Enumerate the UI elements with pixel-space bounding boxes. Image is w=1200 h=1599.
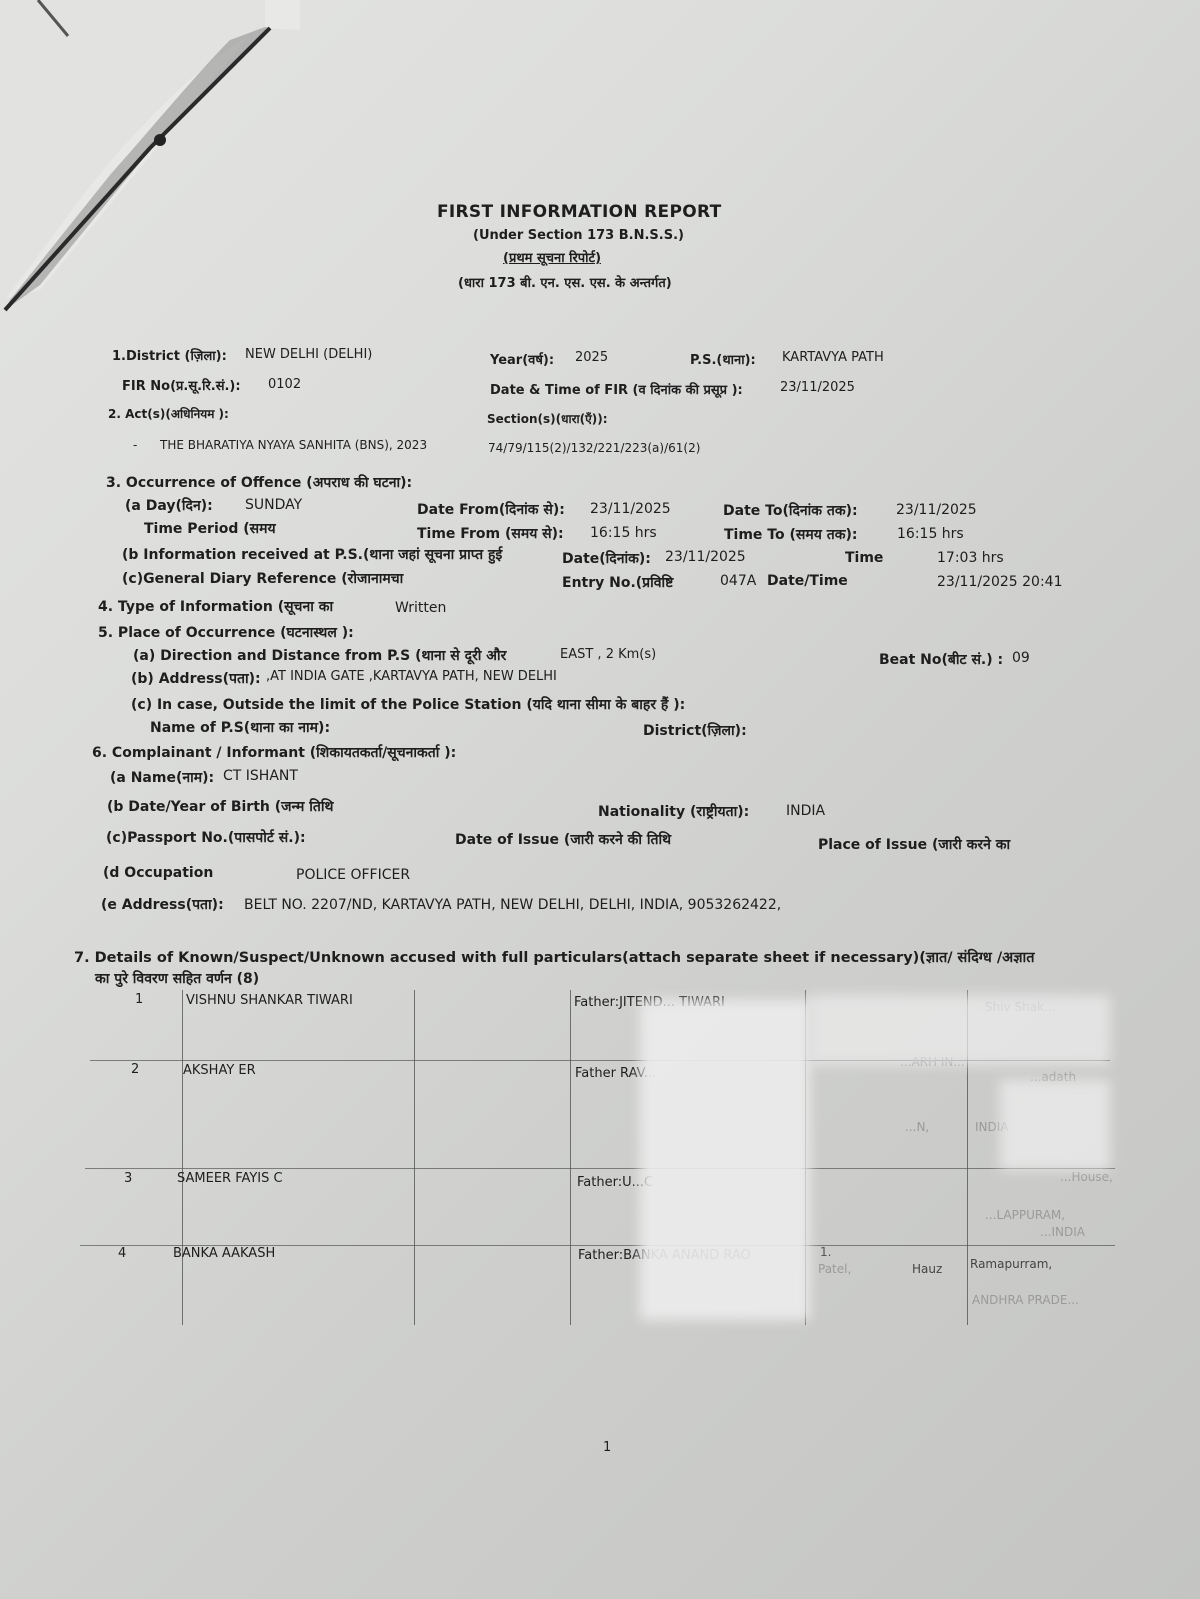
beat-value: 09	[1012, 650, 1030, 666]
fir-no-label: FIR No(प्र.सू.रि.सं.):	[122, 376, 241, 394]
accused-sno: 1	[135, 992, 143, 1007]
address-fragment: ANDHRA PRADE...	[972, 1293, 1079, 1307]
nationality-value: INDIA	[786, 803, 825, 819]
nationality-label: Nationality (राष्ट्रीयता):	[598, 802, 749, 821]
district-label: 1.District (ज़िला):	[112, 346, 227, 364]
accused-sno: 2	[131, 1062, 139, 1077]
year-value: 2025	[575, 350, 608, 365]
dob-label: (b Date/Year of Birth (जन्म तिथि	[107, 797, 333, 816]
document-subtitle: (Under Section 173 B.N.S.S.)	[473, 228, 684, 243]
issue-date-label: Date of Issue (जारी करने की तिथि	[455, 830, 671, 849]
direction-label: (a) Direction and Distance from P.S (थान…	[133, 646, 506, 665]
info-time-label: Time	[845, 550, 883, 566]
year-label: Year(वर्ष):	[490, 350, 554, 368]
date-from-label: Date From(दिनांक से):	[417, 500, 565, 519]
outside-district-label: District(ज़िला):	[643, 721, 747, 740]
occupation-value: POLICE OFFICER	[296, 867, 410, 883]
address-fragment: 1.	[820, 1245, 831, 1259]
redacted-region	[640, 1000, 810, 1320]
accused-name: VISHNU SHANKAR TIWARI	[186, 993, 353, 1008]
outside-limit-label: (c) In case, Outside the limit of the Po…	[131, 695, 685, 714]
redacted-region	[810, 995, 1110, 1065]
info-time-value: 17:03 hrs	[937, 550, 1004, 566]
complainant-address-value: BELT NO. 2207/ND, KARTAVYA PATH, NEW DEL…	[244, 897, 781, 913]
accused-heading-line1: 7. Details of Known/Suspect/Unknown accu…	[74, 947, 1035, 967]
accused-name: BANKA AAKASH	[173, 1246, 275, 1261]
document-hindi-title: (प्रथम सूचना रिपोर्ट)	[503, 248, 601, 266]
accused-sno: 4	[118, 1246, 126, 1261]
info-type-value: Written	[395, 600, 446, 616]
outside-ps-name-label: Name of P.S(थाना का नाम):	[150, 718, 330, 737]
time-to-label: Time To (समय तक):	[724, 525, 857, 544]
address-fragment: ...House,	[1060, 1170, 1113, 1184]
sections-label: Section(s)(धारा(एँ)):	[487, 410, 608, 427]
accused-name: SAMEER FAYIS C	[177, 1171, 283, 1186]
time-to-value: 16:15 hrs	[897, 526, 964, 542]
entry-no-value: 047A	[720, 573, 756, 589]
info-date-value: 23/11/2025	[665, 549, 746, 565]
document-title: FIRST INFORMATION REPORT	[437, 202, 722, 222]
complainant-name-label: (a Name(नाम):	[110, 768, 214, 787]
accused-heading-line2: का पुरे विवरण सहित वर्णन (8)	[95, 969, 259, 988]
passport-label: (c)Passport No.(पासपोर्ट सं.):	[106, 828, 306, 847]
act-bullet: -	[133, 438, 137, 452]
time-period-label: Time Period (समय	[144, 519, 276, 538]
occurrence-heading: 3. Occurrence of Offence (अपराध की घटना)…	[106, 473, 412, 492]
fir-datetime-label: Date & Time of FIR (व दिनांक की प्रसूप्र…	[490, 380, 743, 398]
time-from-value: 16:15 hrs	[590, 525, 657, 541]
sections-value: 74/79/115(2)/132/221/223(a)/61(2)	[488, 441, 700, 455]
address-fragment: ...INDIA	[1040, 1225, 1085, 1239]
address-fragment: ...N,	[905, 1120, 929, 1134]
info-received-label: (b Information received at P.S.(थाना जहा…	[122, 545, 502, 564]
entry-no-label: Entry No.(प्रविष्टि	[562, 573, 673, 592]
complainant-address-label: (e Address(पता):	[101, 895, 224, 914]
address-fragment: ...LAPPURAM,	[985, 1208, 1065, 1222]
torn-page-corner	[0, 0, 300, 330]
gd-datetime-label: Date/Time	[767, 573, 848, 589]
page-number: 1	[603, 1440, 611, 1455]
occupation-label: (d Occupation	[103, 865, 213, 881]
ps-value: KARTAVYA PATH	[782, 350, 884, 365]
beat-label: Beat No(बीट सं.) :	[879, 650, 1003, 669]
fir-datetime-value: 23/11/2025	[780, 380, 855, 395]
day-label: (a Day(दिन):	[125, 496, 213, 515]
issue-place-label: Place of Issue (जारी करने का	[818, 835, 1010, 854]
info-type-label: 4. Type of Information (सूचना का	[98, 597, 333, 616]
accused-name: AKSHAY ER	[183, 1063, 256, 1078]
fir-no-value: 0102	[268, 377, 301, 392]
address-fragment: Patel,	[818, 1262, 851, 1276]
direction-value: EAST , 2 Km(s)	[560, 647, 656, 662]
place-heading: 5. Place of Occurrence (घटनास्थल ):	[98, 623, 354, 642]
info-date-label: Date(दिनांक):	[562, 549, 651, 568]
gd-label: (c)General Diary Reference (रोजानामचा	[122, 569, 403, 588]
document-hindi-subtitle: (धारा 173 बी. एन. एस. एस. के अन्तर्गत)	[458, 273, 672, 291]
act-value: THE BHARATIYA NYAYA SANHITA (BNS), 2023	[160, 438, 427, 452]
occurrence-address-label: (b) Address(पता):	[131, 669, 261, 688]
redacted-region	[1000, 1080, 1110, 1170]
date-to-label: Date To(दिनांक तक):	[723, 501, 858, 520]
date-to-value: 23/11/2025	[896, 502, 977, 518]
date-from-value: 23/11/2025	[590, 501, 671, 517]
gd-datetime-value: 23/11/2025 20:41	[937, 574, 1063, 590]
ps-label: P.S.(थाना):	[690, 350, 756, 368]
complainant-heading: 6. Complainant / Informant (शिकायतकर्ता/…	[92, 743, 456, 762]
day-value: SUNDAY	[245, 497, 302, 513]
occurrence-address-value: ,AT INDIA GATE ,KARTAVYA PATH, NEW DELHI	[266, 669, 557, 684]
acts-label: 2. Act(s)(अधिनियम ):	[108, 405, 229, 422]
district-value: NEW DELHI (DELHI)	[245, 347, 372, 362]
time-from-label: Time From (समय से):	[417, 524, 564, 543]
address-fragment: Hauz	[912, 1262, 942, 1276]
complainant-name-value: CT ISHANT	[223, 768, 298, 784]
accused-sno: 3	[124, 1171, 132, 1186]
address-fragment: Ramapurram,	[970, 1257, 1052, 1271]
